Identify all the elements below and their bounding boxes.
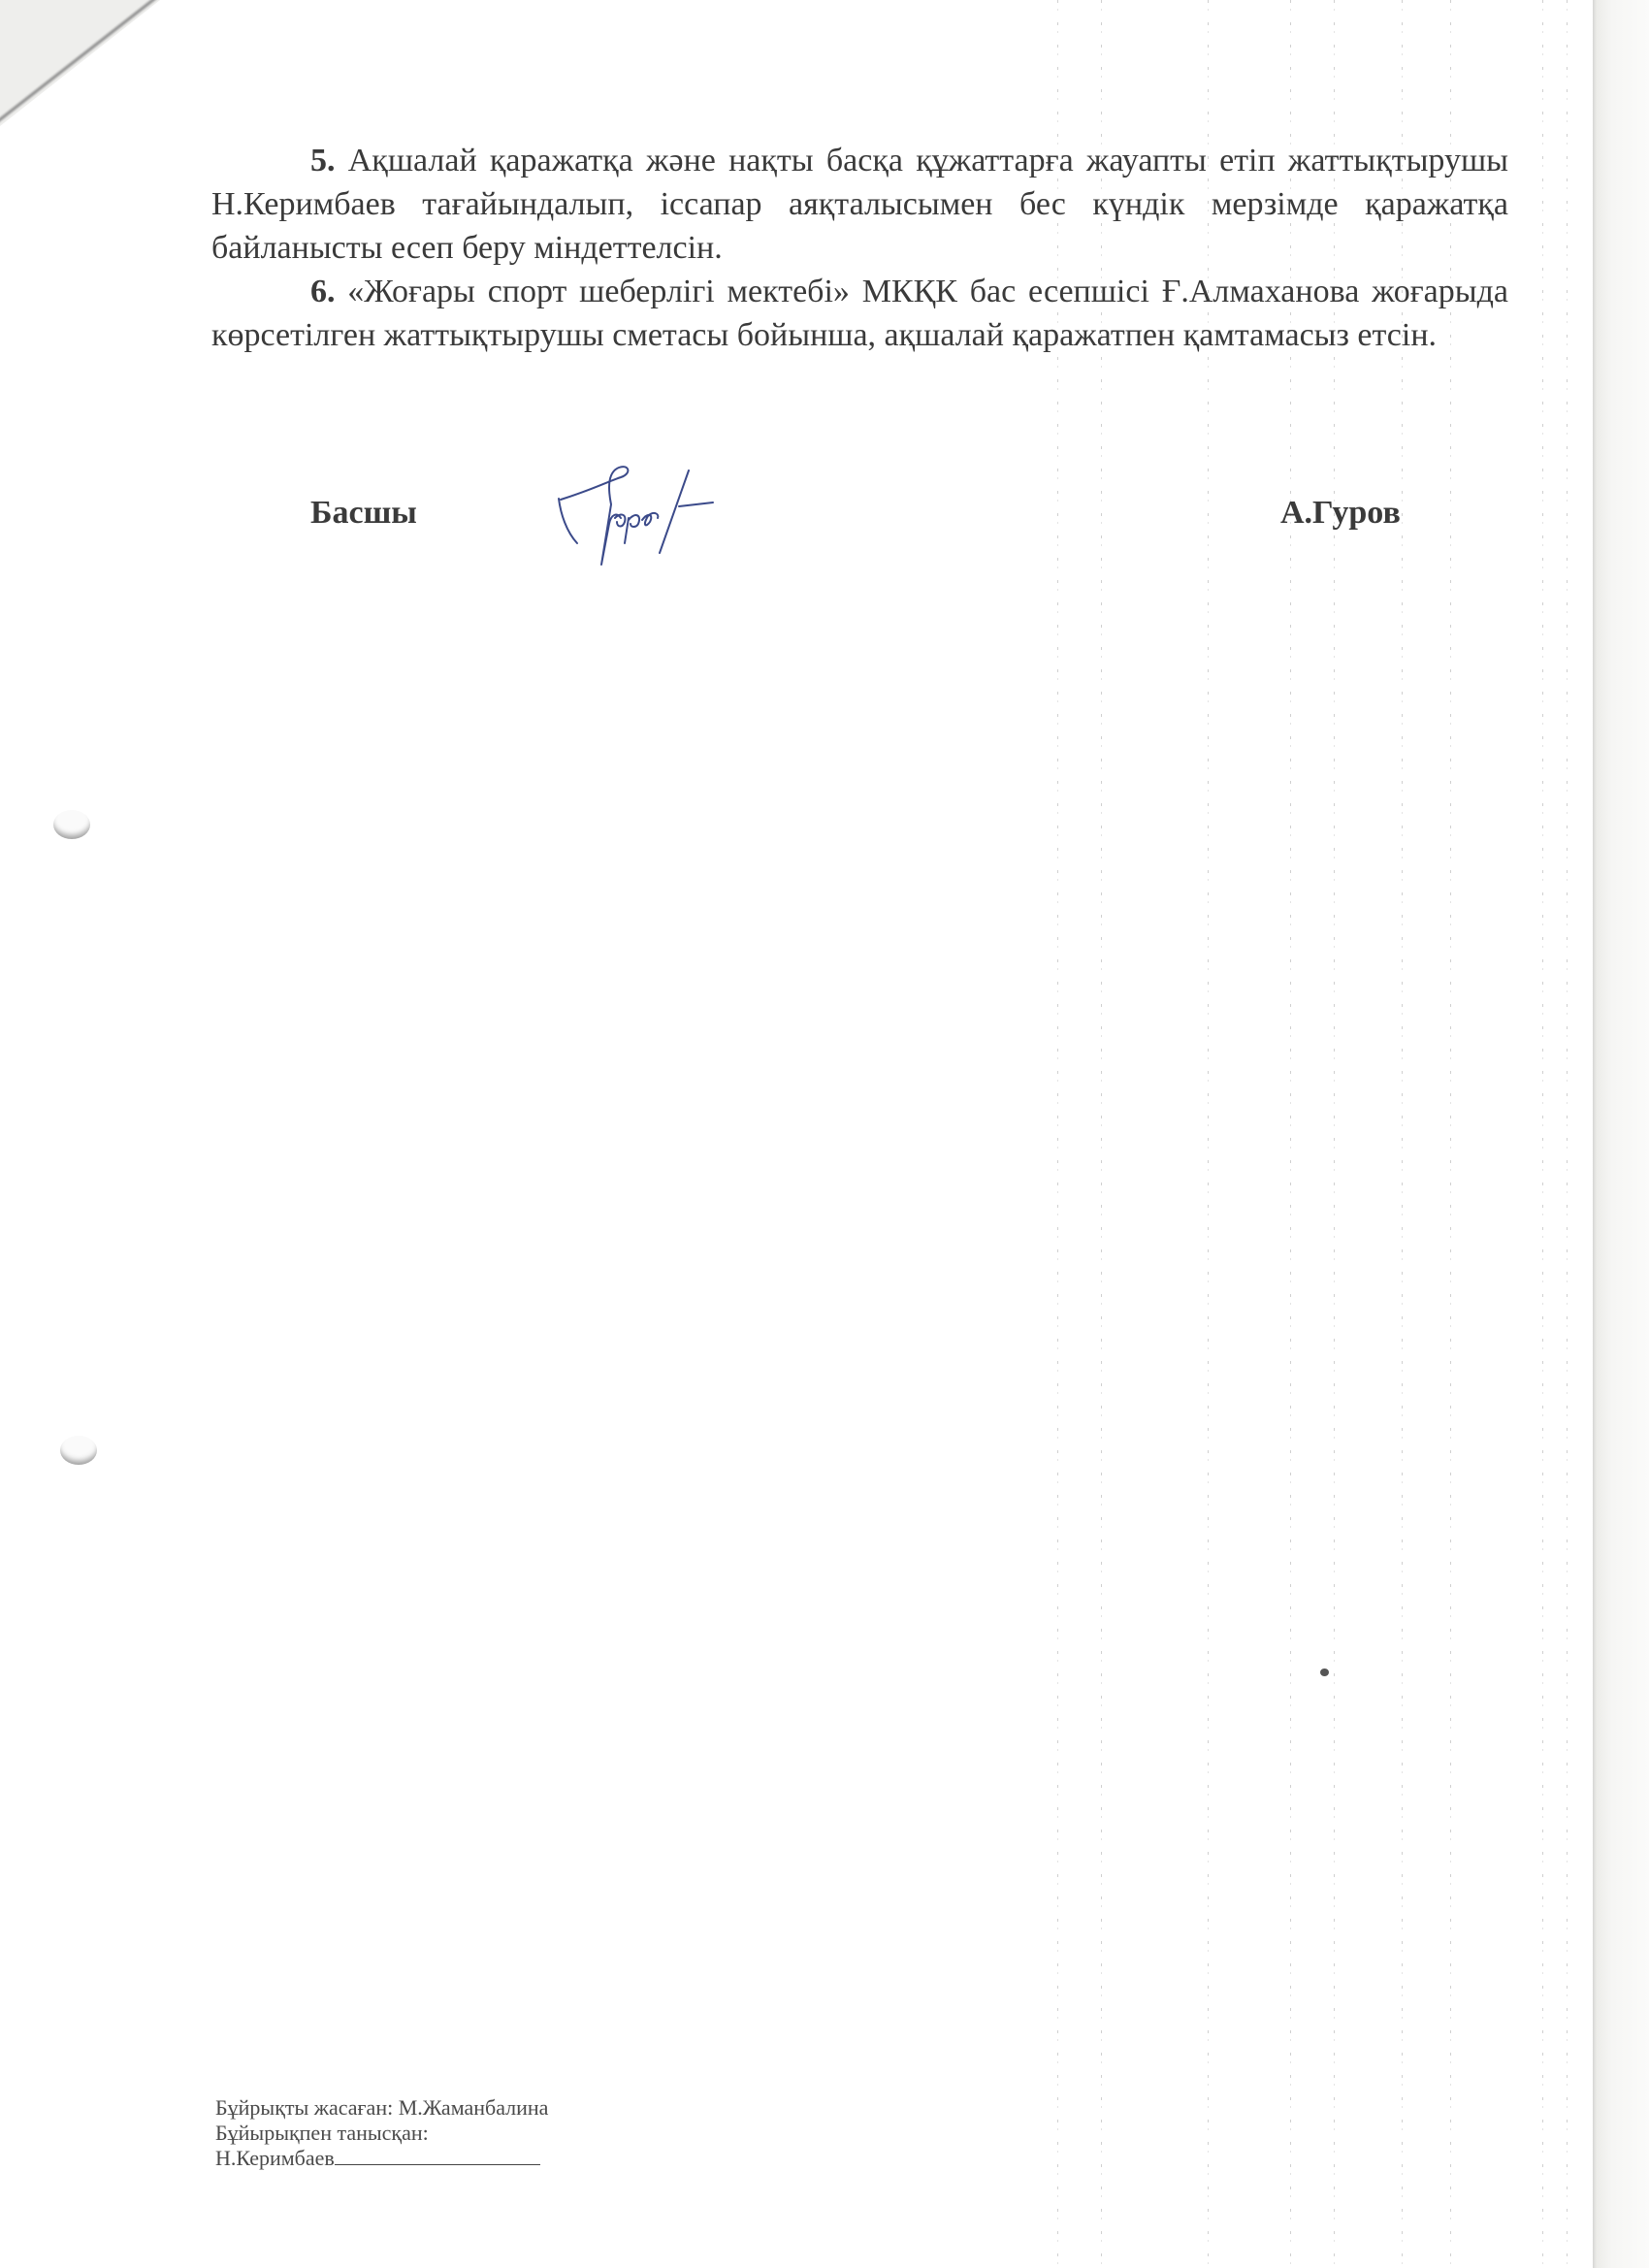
paragraph-number: 5. — [310, 143, 336, 178]
paragraph-number: 6. — [310, 274, 336, 309]
document-footer: Бұйрықты жасаған: М.Жаманбалина Бұйырықп… — [215, 2095, 548, 2171]
signatory-position: Басшы — [310, 495, 417, 532]
paragraph-5: 5. Ақшалай қаражатқа және нақты басқа құ… — [211, 139, 1508, 270]
signatory-name: А.Гуров — [1280, 495, 1401, 532]
signature-line — [335, 2147, 540, 2165]
acknowledged-name: Н.Керимбаев — [215, 2146, 335, 2170]
punch-hole-mark — [60, 1436, 97, 1465]
scan-speck — [1320, 1669, 1329, 1676]
paragraph-text: Ақшалай қаражатқа және нақты басқа құжат… — [211, 143, 1508, 266]
handwritten-signature — [553, 456, 747, 582]
scan-streak — [1567, 0, 1568, 2268]
punch-hole-mark — [53, 810, 90, 839]
order-body: 5. Ақшалай қаражатқа және нақты басқа құ… — [211, 139, 1508, 357]
acknowledged-label: Бұйырықпен танысқан: — [215, 2121, 548, 2146]
prepared-by: Бұйрықты жасаған: М.Жаманбалина — [215, 2095, 548, 2121]
page-fold-corner — [0, 0, 160, 126]
paragraph-6: 6. «Жоғары спорт шеберлігі мектебі» МКҚК… — [211, 270, 1508, 357]
scan-edge-shadow — [1593, 0, 1649, 2268]
paragraph-text: «Жоғары спорт шеберлігі мектебі» МКҚК ба… — [211, 274, 1508, 353]
scan-streak — [1542, 0, 1543, 2268]
acknowledged-row: Н.Керимбаев — [215, 2146, 548, 2171]
